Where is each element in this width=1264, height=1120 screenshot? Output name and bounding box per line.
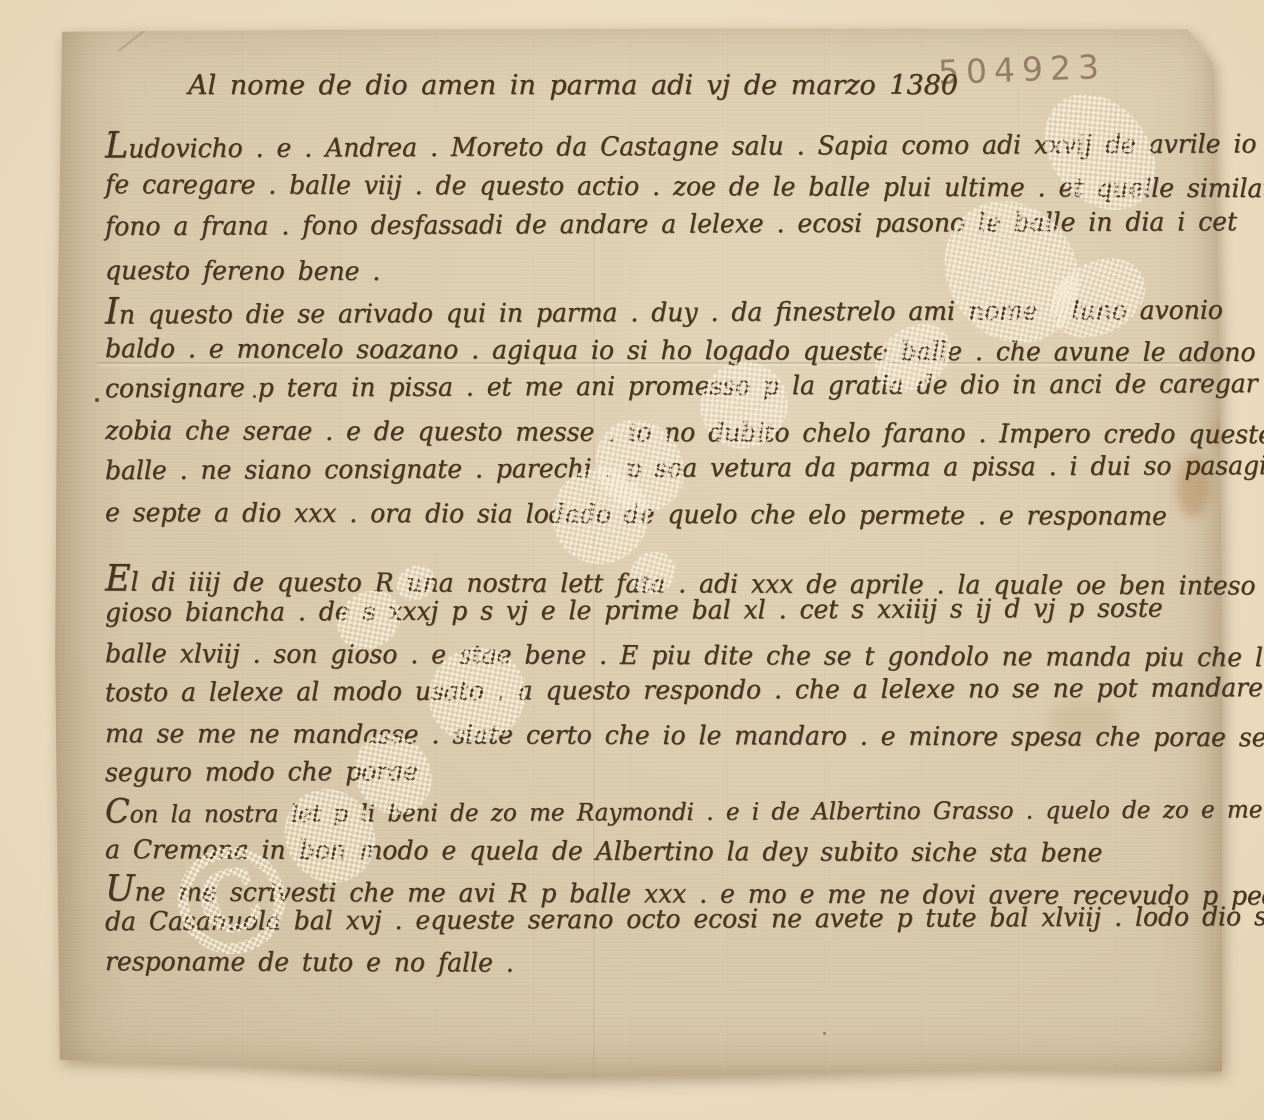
ink-speck (823, 1032, 826, 1035)
manuscript-line: gioso biancha . de s xxxj p s vj e le pr… (119, 591, 1264, 638)
scanned-document: 504923 Al nome de dio amen in parma adi … (0, 0, 1264, 1120)
archive-number: 504923 (937, 47, 1106, 92)
corner-crease (118, 0, 265, 51)
manuscript-line: fono a frana . fono desfassadi de andare… (119, 206, 1264, 256)
manuscript-line: e septe a dio xxx . ora dio sia lodado d… (119, 497, 1264, 544)
manuscript-line: balle . ne siano consignate . parechi . … (119, 450, 1264, 498)
ink-speck (95, 398, 99, 402)
manuscript-line: consignare p tera in pissa . et me ani p… (119, 368, 1264, 416)
manuscript-line: tosto a lelexe al modo usato . a questo … (119, 671, 1264, 718)
letter-heading: Al nome de dio amen in parma adi vj de m… (188, 70, 958, 101)
paragraph: El di iiij de questo R una nostra lett f… (105, 558, 1264, 798)
